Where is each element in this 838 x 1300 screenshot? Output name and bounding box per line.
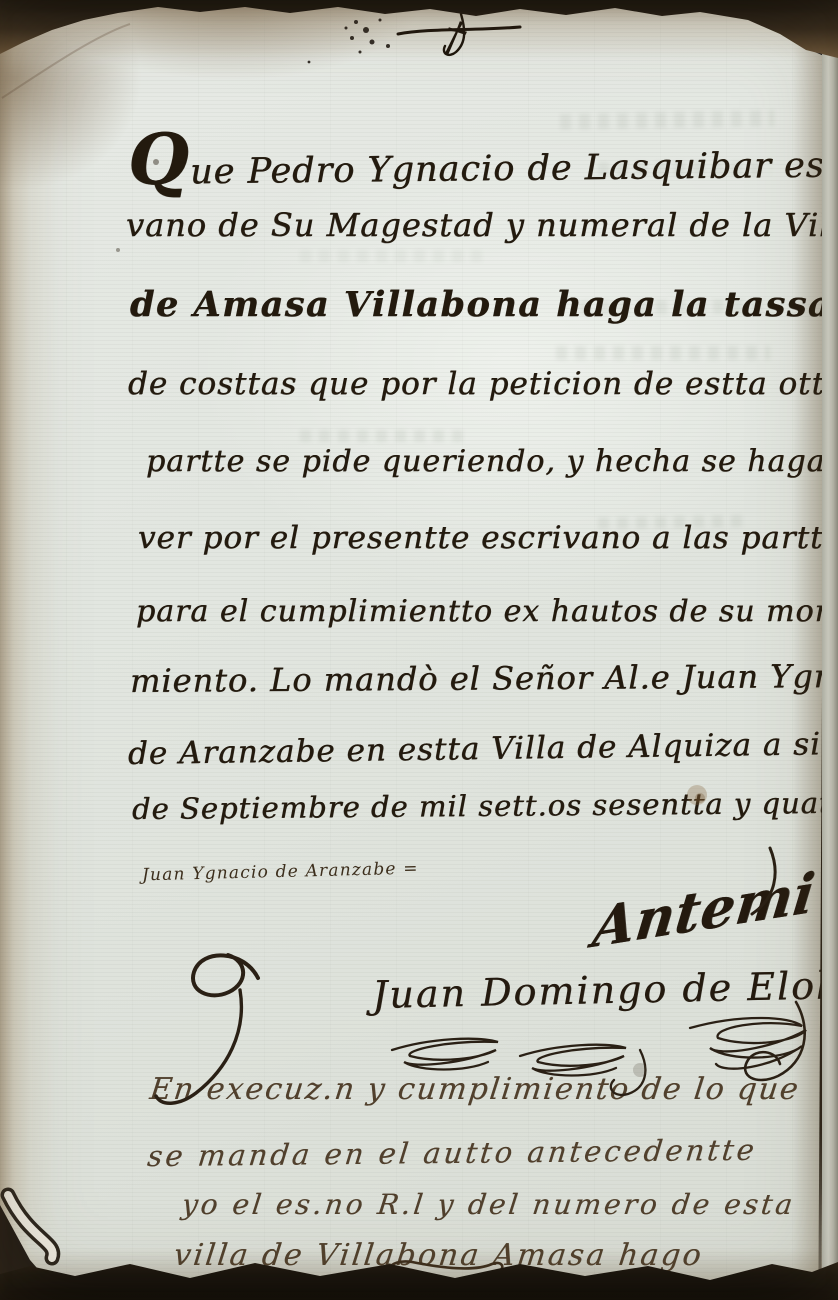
closing-line: se manda en el autto antecedentte bbox=[146, 1133, 759, 1173]
ghost-bleedthrough bbox=[300, 430, 464, 442]
body-line: de Septiembre de mil sett.os sesentta y … bbox=[132, 785, 838, 826]
ghost-bleedthrough bbox=[300, 250, 490, 262]
body-line: de costtas que por la peticion de estta … bbox=[128, 366, 838, 402]
next-page-edge bbox=[822, 0, 838, 1300]
body-line: de Amasa Villabona haga la tassacion bbox=[130, 284, 838, 325]
body-line: vano de Su Magestad y numeral de la Vill… bbox=[126, 206, 838, 244]
body-line: partte se pide queriendo, y hecha se hag… bbox=[146, 444, 838, 479]
ghost-bleedthrough bbox=[556, 346, 770, 360]
closing-line: yo el es.no R.l y del numero de esta bbox=[180, 1188, 797, 1221]
closing-line: En execuz.n y cumplimiento de lo que bbox=[148, 1072, 802, 1107]
body-line: miento. Lo mandò el Señor Al.e Juan Ygn.… bbox=[130, 657, 838, 700]
manuscript-scan: † Que Pedro Ygnacio de Lasquibar escri- … bbox=[0, 0, 838, 1300]
body-line: para el cumplimientto ex hautos de su mo… bbox=[136, 594, 838, 629]
body-line: ver por el presentte escrivano a las par… bbox=[138, 520, 838, 556]
body-line: Que Pedro Ygnacio de Lasquibar escri- bbox=[128, 110, 838, 201]
